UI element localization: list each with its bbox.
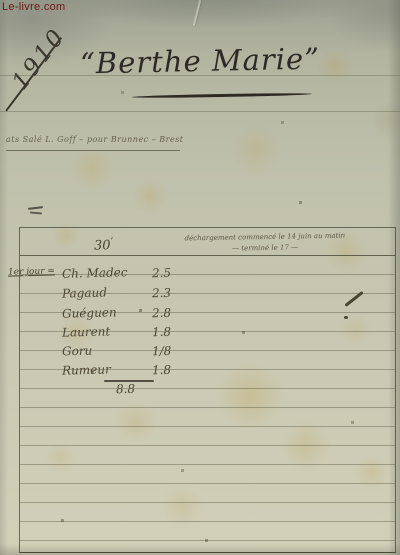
pen-slash-dot	[344, 316, 348, 319]
paper-specks	[0, 0, 1, 1]
ledger-total: 8.8	[116, 382, 135, 396]
unloading-note: déchargement commencé le 14 juin au mati…	[175, 230, 355, 254]
scribble-stroke	[30, 211, 42, 214]
ledger-row-name: Guéguen	[62, 305, 117, 320]
tonnage-note: 30’	[94, 237, 114, 254]
day-label: 1er jour =	[8, 266, 55, 277]
ledger-row-value: 1.8	[152, 363, 171, 377]
site-watermark: Le-livre.com	[2, 1, 66, 13]
ledger-row-name: Goru	[62, 344, 93, 359]
address-line: ats Salé L. Goff – pour Brunnec – Brest	[6, 135, 184, 144]
address-underline	[6, 150, 180, 151]
ledger-row-value: 1.8	[152, 325, 171, 339]
ledger-row-name: Pagaud	[62, 285, 107, 300]
ledger-table: 30’ déchargement commencé le 14 juin au …	[19, 227, 396, 553]
manuscript-cover-photo: Le-livre.com 1910 “Berthe Marie” ats Sal…	[0, 0, 400, 555]
ledger-row-name: Laurent	[62, 324, 111, 339]
ruled-line	[0, 75, 400, 76]
ledger-row-value: 2.5	[152, 266, 171, 280]
ruled-lines	[20, 256, 395, 552]
ledger-row-value: 2.8	[152, 306, 171, 320]
ruled-line	[0, 111, 400, 112]
tonnage-value: 30	[94, 238, 111, 253]
ledger-row-name: Ch. Madec	[62, 265, 128, 281]
ledger-row-value: 1/8	[152, 344, 172, 359]
tonnage-superscript: ’	[110, 237, 113, 247]
paper-crease	[193, 0, 201, 26]
title-flourish-underline	[132, 92, 312, 98]
ledger-row-value: 2.3	[152, 286, 171, 300]
scribble-stroke	[28, 206, 43, 210]
ledger-row-name: Rumeur	[62, 362, 111, 377]
